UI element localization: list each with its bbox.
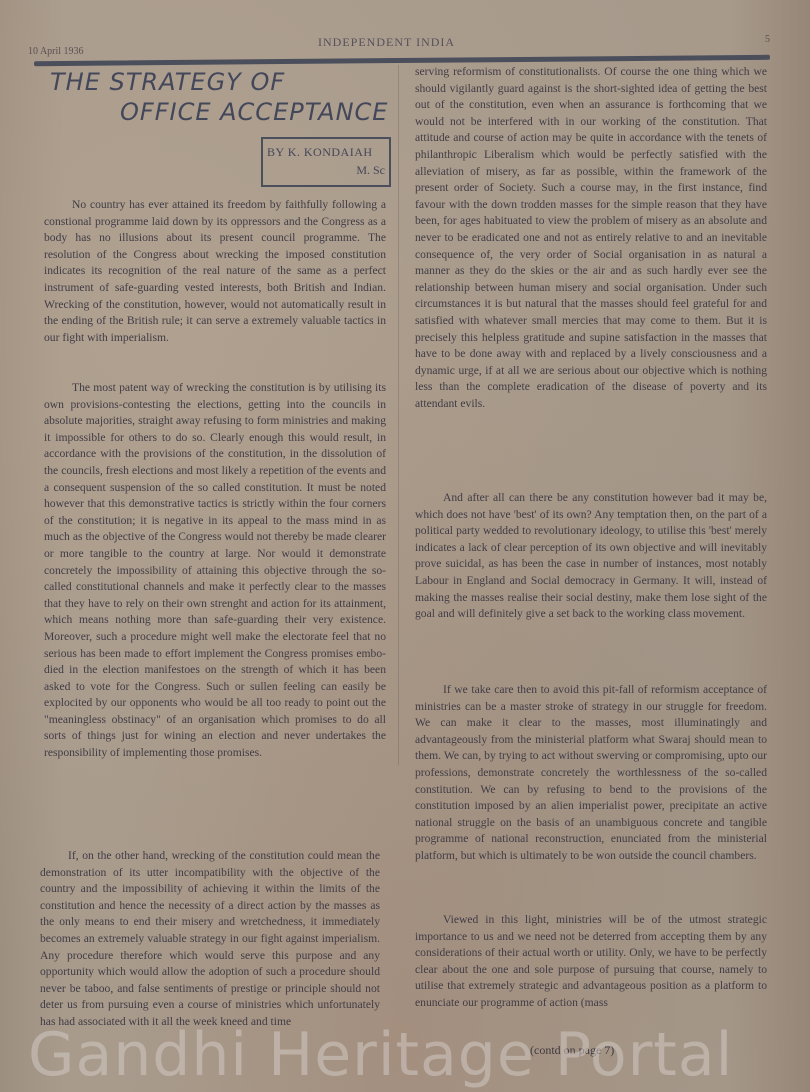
masthead: 10 April 1936 INDEPENDENT INDIA 5 xyxy=(28,28,770,68)
right-column-block-1: serving reformism of constitutionalists.… xyxy=(415,64,767,412)
column-divider xyxy=(398,65,399,765)
watermark: Gandhi Heritage Portal xyxy=(28,1020,733,1090)
issue-date: 10 April 1936 xyxy=(28,46,84,57)
paragraph: And after all can there be any constitut… xyxy=(415,490,767,623)
paragraph: If we take care then to avoid this pit-f… xyxy=(415,682,767,865)
title-line-2: OFFICE ACCEPTANCE xyxy=(120,98,400,126)
right-column-block-4: Viewed in this light, ministries will be… xyxy=(415,912,767,1012)
page-number: 5 xyxy=(765,34,770,45)
author-name: BY K. KONDAIAH xyxy=(267,145,373,160)
newspaper-page: 10 April 1936 INDEPENDENT INDIA 5 THE ST… xyxy=(0,0,810,1092)
right-column-block-2: And after all can there be any constitut… xyxy=(415,490,767,623)
publication-name: INDEPENDENT INDIA xyxy=(318,35,455,50)
left-column-block-1: No country has ever attained its freedom… xyxy=(44,197,386,346)
paragraph: Viewed in this light, ministries will be… xyxy=(415,912,767,1012)
byline-box: BY K. KONDAIAH M. Sc xyxy=(261,137,391,187)
right-column-block-3: If we take care then to avoid this pit-f… xyxy=(415,682,767,865)
paragraph: If, on the other hand, wrecking of the c… xyxy=(40,848,380,1031)
author-degree: M. Sc xyxy=(356,163,385,178)
article-title: THE STRATEGY OF OFFICE ACCEPTANCE xyxy=(50,68,400,126)
left-column-block-2: The most patent way of wrecking the cons… xyxy=(44,380,386,762)
title-line-1: THE STRATEGY OF xyxy=(50,68,400,96)
paragraph: The most patent way of wrecking the cons… xyxy=(44,380,386,762)
left-column-block-3: If, on the other hand, wrecking of the c… xyxy=(40,848,380,1031)
paragraph: serving reformism of constitutionalists.… xyxy=(415,64,767,412)
paragraph: No country has ever attained its freedom… xyxy=(44,197,386,346)
